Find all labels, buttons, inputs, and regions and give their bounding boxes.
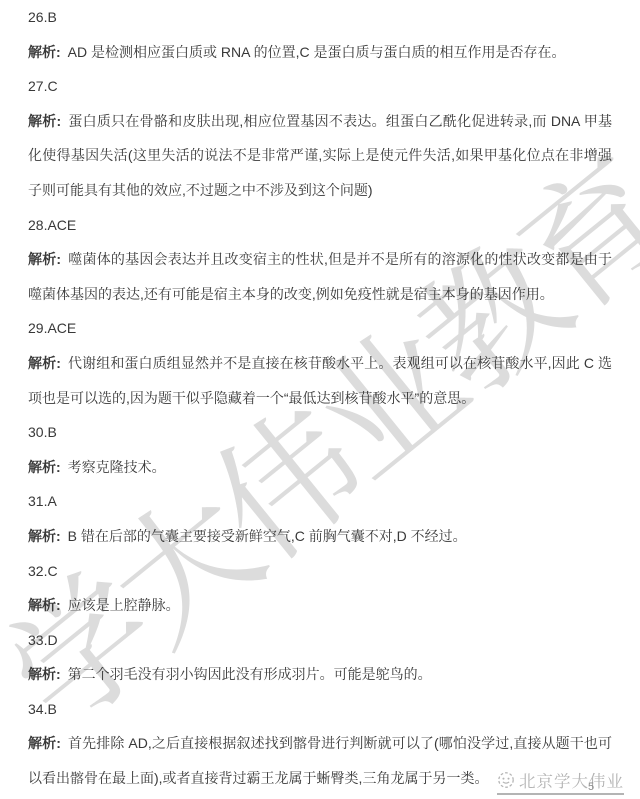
explanation-paragraph: 解析:考察克隆技术。 bbox=[28, 450, 612, 485]
explanation-text: 考察克隆技术。 bbox=[68, 459, 166, 475]
answer-line: 29.ACE bbox=[28, 311, 612, 346]
explanation-label: 解析: bbox=[28, 113, 61, 129]
explanation-label: 解析: bbox=[28, 597, 61, 613]
explanation-label: 解析: bbox=[28, 735, 61, 751]
explanation-label: 解析: bbox=[28, 355, 61, 371]
explanation-paragraph: 解析:代谢组和蛋白质组显然并不是直接在核苷酸水平上。表观组可以在核苷酸水平,因此… bbox=[28, 346, 612, 415]
explanation-paragraph: 解析:AD 是检测相应蛋白质或 RNA 的位置,C 是蛋白质与蛋白质的相互作用是… bbox=[28, 35, 612, 70]
qa-item: 33.D 解析:第二个羽毛没有羽小钩因此没有形成羽片。可能是鸵鸟的。 bbox=[28, 623, 612, 692]
brand-logo-icon bbox=[497, 771, 515, 789]
explanation-text: 第二个羽毛没有羽小钩因此没有形成羽片。可能是鸵鸟的。 bbox=[68, 666, 432, 682]
answer-line: 30.B bbox=[28, 415, 612, 450]
explanation-text: 噬菌体的基因会表达并且改变宿主的性状,但是并不是所有的溶源化的性状改变都是由于噬… bbox=[28, 251, 612, 302]
explanation-label: 解析: bbox=[28, 666, 61, 682]
qa-item: 30.B 解析:考察克隆技术。 bbox=[28, 415, 612, 484]
brand-name: 北京学大伟业 bbox=[519, 768, 624, 792]
page-number: 5 bbox=[588, 781, 594, 793]
answer-line: 28.ACE bbox=[28, 208, 612, 243]
explanation-text: 蛋白质只在骨骼和皮肤出现,相应位置基因不表达。组蛋白乙酰化促进转录,而 DNA … bbox=[28, 113, 612, 198]
qa-item: 26.B 解析:AD 是检测相应蛋白质或 RNA 的位置,C 是蛋白质与蛋白质的… bbox=[28, 0, 612, 69]
document-page: 学大伟业教育 26.B 解析:AD 是检测相应蛋白质或 RNA 的位置,C 是蛋… bbox=[0, 0, 640, 796]
explanation-label: 解析: bbox=[28, 44, 61, 60]
answer-key-content: 26.B 解析:AD 是检测相应蛋白质或 RNA 的位置,C 是蛋白质与蛋白质的… bbox=[0, 0, 640, 796]
qa-item: 31.A 解析:B 错在后部的气囊主要接受新鲜空气,C 前胸气囊不对,D 不经过… bbox=[28, 484, 612, 553]
explanation-paragraph: 解析:第二个羽毛没有羽小钩因此没有形成羽片。可能是鸵鸟的。 bbox=[28, 657, 612, 692]
explanation-text: 代谢组和蛋白质组显然并不是直接在核苷酸水平上。表观组可以在核苷酸水平,因此 C … bbox=[28, 355, 612, 406]
explanation-paragraph: 解析:应该是上腔静脉。 bbox=[28, 588, 612, 623]
explanation-text: AD 是检测相应蛋白质或 RNA 的位置,C 是蛋白质与蛋白质的相互作用是否存在… bbox=[68, 44, 566, 60]
explanation-label: 解析: bbox=[28, 251, 61, 267]
explanation-label: 解析: bbox=[28, 459, 61, 475]
brand-footer: 北京学大伟业 bbox=[497, 768, 624, 795]
explanation-paragraph: 解析:噬菌体的基因会表达并且改变宿主的性状,但是并不是所有的溶源化的性状改变都是… bbox=[28, 242, 612, 311]
explanation-label: 解析: bbox=[28, 528, 61, 544]
answer-line: 32.C bbox=[28, 554, 612, 589]
qa-item: 28.ACE 解析:噬菌体的基因会表达并且改变宿主的性状,但是并不是所有的溶源化… bbox=[28, 208, 612, 312]
answer-line: 34.B bbox=[28, 692, 612, 727]
qa-item: 32.C 解析:应该是上腔静脉。 bbox=[28, 554, 612, 623]
answer-line: 26.B bbox=[28, 0, 612, 35]
answer-line: 31.A bbox=[28, 484, 612, 519]
explanation-paragraph: 解析:蛋白质只在骨骼和皮肤出现,相应位置基因不表达。组蛋白乙酰化促进转录,而 D… bbox=[28, 104, 612, 208]
answer-line: 33.D bbox=[28, 623, 612, 658]
answer-line: 27.C bbox=[28, 69, 612, 104]
explanation-text: 应该是上腔静脉。 bbox=[68, 597, 180, 613]
explanation-paragraph: 解析:B 错在后部的气囊主要接受新鲜空气,C 前胸气囊不对,D 不经过。 bbox=[28, 519, 612, 554]
qa-item: 27.C 解析:蛋白质只在骨骼和皮肤出现,相应位置基因不表达。组蛋白乙酰化促进转… bbox=[28, 69, 612, 207]
qa-item: 29.ACE 解析:代谢组和蛋白质组显然并不是直接在核苷酸水平上。表观组可以在核… bbox=[28, 311, 612, 415]
explanation-text: B 错在后部的气囊主要接受新鲜空气,C 前胸气囊不对,D 不经过。 bbox=[68, 528, 467, 544]
